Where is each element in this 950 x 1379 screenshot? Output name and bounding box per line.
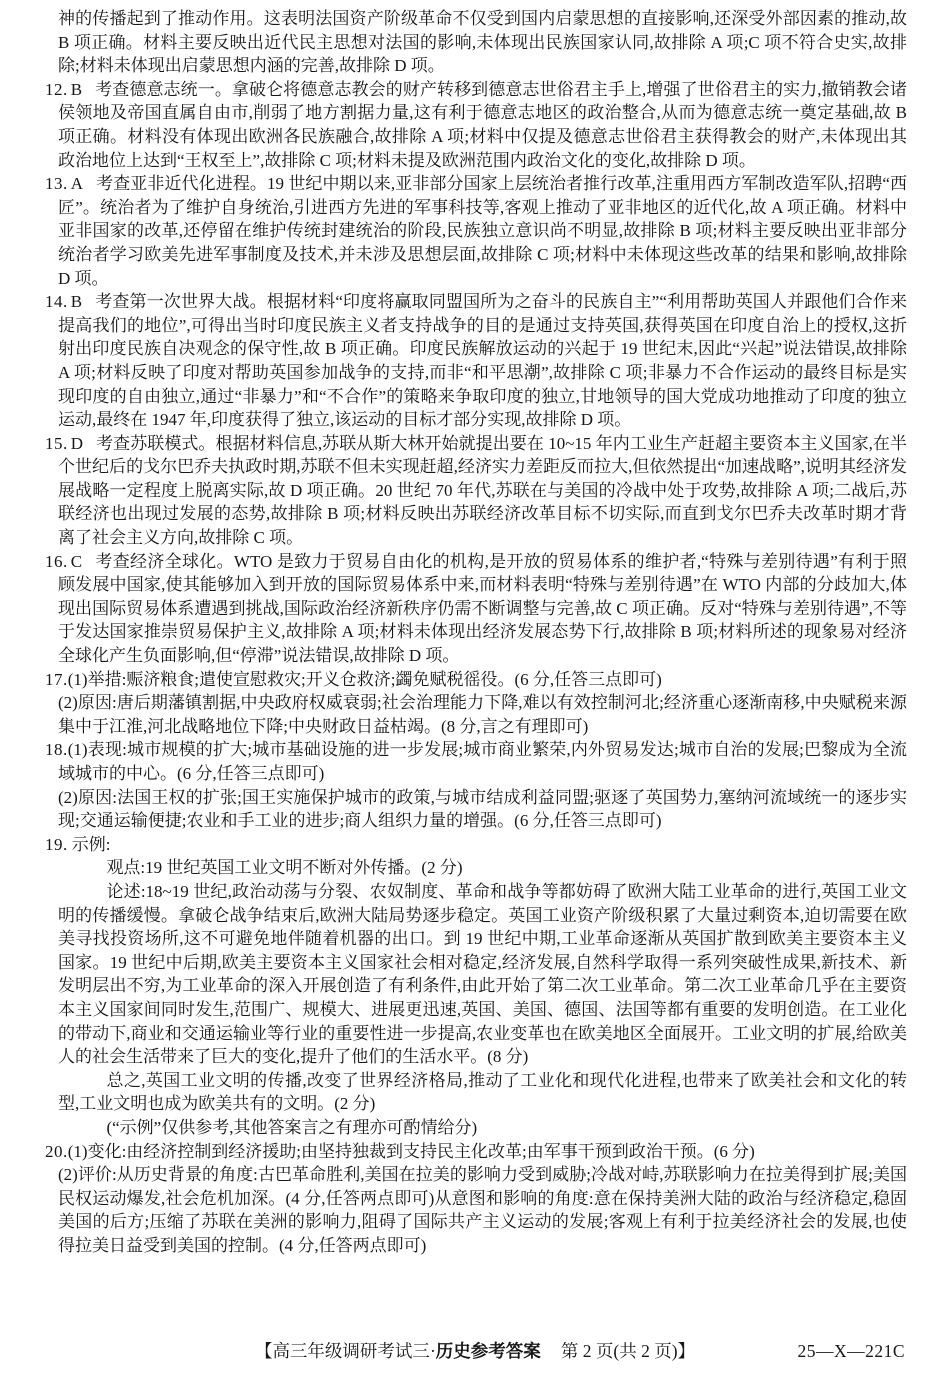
answer-item-11-continuation: 神的传播起到了推动作用。这表明法国资产阶级革命不仅受到国内启蒙思想的直接影响,还… — [45, 7, 907, 78]
item-number: 15. — [45, 434, 68, 453]
answer-item-14: 14.B考查第一次世界大战。根据材料“印度将赢取同盟国所为之奋斗的民族自主”“利… — [45, 290, 907, 432]
exam-paper-code: 25—X—221C — [797, 1336, 905, 1366]
item-explanation: 考查经济全球化。WTO 是致力于贸易自由化的机构,是开放的贸易体系的维护者,“特… — [58, 552, 907, 665]
item-number: 18. — [45, 740, 68, 759]
page-footer: 【高三年级调研考试三·历史参考答案第 2 页(共 2 页)】 25—X—221C — [0, 1336, 950, 1366]
answer-item-12: 12.B考查德意志统一。拿破仑将德意志教会的财产转移到德意志世俗君主手上,增强了… — [45, 78, 907, 172]
answer-letter: A — [71, 174, 83, 193]
item-number: 14. — [45, 292, 68, 311]
answer-letter: D — [71, 434, 83, 453]
item-number: 19. — [45, 835, 68, 854]
footer-bracket-open: 【 — [255, 1341, 273, 1361]
answer-item-17-part1: 17.(1)举措:赈济粮食;遣使宣慰救灾;开义仓救济;蠲免赋税徭役。(6 分,任… — [45, 668, 907, 692]
answer-item-17-part2: (2)原因:唐后期藩镇割据,中央政府权威衰弱;社会治理能力下降,难以有效控制河北… — [45, 691, 907, 738]
footer-exam-name: 高三年级调研考试三 — [272, 1341, 430, 1361]
answer-letter: B — [71, 80, 82, 99]
answer-key-body: 神的传播起到了推动作用。这表明法国资产阶级革命不仅受到国内启蒙思想的直接影响,还… — [45, 7, 907, 1257]
answer-item-18-part1: 18.(1)表现:城市规模的扩大;城市基础设施的进一步发展;城市商业繁荣,内外贸… — [45, 738, 907, 785]
item-answer-text: (1)变化:由经济控制到经济援助;由坚持独裁到支持民主化改革;由军事干预到政治干… — [68, 1142, 755, 1161]
answer-item-18-part2: (2)原因:法国王权的扩张;国王实施保护城市的政策,与城市结成利益同盟;驱逐了英… — [45, 786, 907, 833]
answer-letter: C — [71, 552, 82, 571]
footer-bracket-close: 】 — [678, 1341, 696, 1361]
answer-item-20-part2: (2)评价:从历史背景的角度:古巴革命胜利,美国在拉美的影响力受到威胁;冷战对峙… — [45, 1163, 907, 1257]
item-number: 20. — [45, 1142, 68, 1161]
answer-item-19-heading: 19.示例: — [45, 833, 907, 857]
item-label: 示例: — [72, 835, 111, 854]
answer-letter: B — [71, 292, 82, 311]
item-explanation: 考查第一次世界大战。根据材料“印度将赢取同盟国所为之奋斗的民族自主”“利用帮助英… — [58, 292, 907, 429]
item-explanation: 考查德意志统一。拿破仑将德意志教会的财产转移到德意志世俗君主手上,增强了世俗君主… — [58, 80, 907, 170]
item-number: 13. — [45, 174, 68, 193]
answer-item-19-conclusion: 总之,英国工业文明的传播,改变了世界经济格局,推动了工业化和现代化进程,也带来了… — [45, 1069, 907, 1116]
item-number: 17. — [45, 670, 68, 689]
item-number: 12. — [45, 80, 68, 99]
item-answer-text: (1)举措:赈济粮食;遣使宣慰救灾;开义仓救济;蠲免赋税徭役。(6 分,任答三点… — [68, 670, 662, 689]
footer-page-info: 第 2 页(共 2 页) — [561, 1341, 678, 1361]
item-explanation: 考查亚非近代化进程。19 世纪中期以来,亚非部分国家上层统治者推行改革,注重用西… — [58, 174, 907, 287]
item-explanation: 考查苏联模式。根据材料信息,苏联从斯大林开始就提出要在 10~15 年内工业生产… — [58, 434, 907, 547]
answer-item-16: 16.C考查经济全球化。WTO 是致力于贸易自由化的机构,是开放的贸易体系的维护… — [45, 550, 907, 668]
footer-subject-title: 历史参考答案 — [436, 1341, 541, 1361]
answer-item-13: 13.A考查亚非近代化进程。19 世纪中期以来,亚非部分国家上层统治者推行改革,… — [45, 172, 907, 290]
answer-item-20-part1: 20.(1)变化:由经济控制到经济援助;由坚持独裁到支持民主化改革;由军事干预到… — [45, 1140, 907, 1164]
answer-item-15: 15.D考查苏联模式。根据材料信息,苏联从斯大林开始就提出要在 10~15 年内… — [45, 432, 907, 550]
answer-item-19-discussion: 论述:18~19 世纪,政治动荡与分裂、农奴制度、革命和战争等都妨碍了欧洲大陆工… — [45, 880, 907, 1069]
item-number: 16. — [45, 552, 68, 571]
answer-item-19-note: (“示例”仅供参考,其他答案言之有理亦可酌情给分) — [45, 1116, 907, 1140]
item-answer-text: (1)表现:城市规模的扩大;城市基础设施的进一步发展;城市商业繁荣,内外贸易发达… — [58, 740, 907, 783]
answer-item-19-viewpoint: 观点:19 世纪英国工业文明不断对外传播。(2 分) — [45, 856, 907, 880]
